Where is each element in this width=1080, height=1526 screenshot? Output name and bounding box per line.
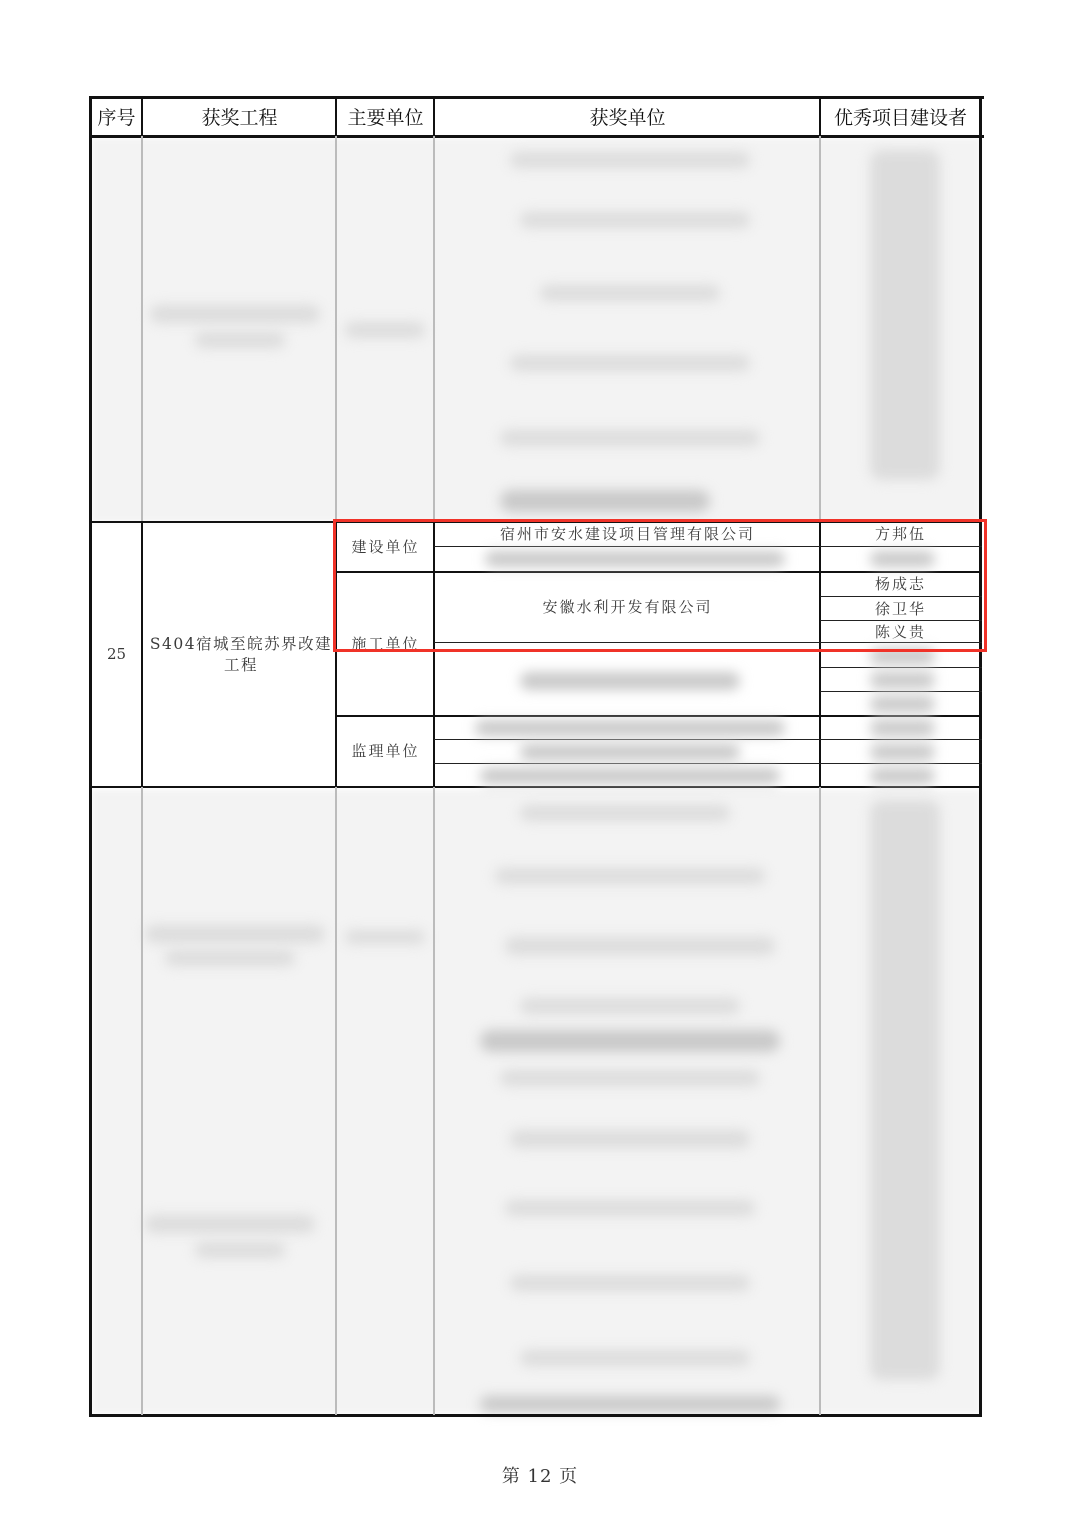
header-seq: 序号 (91, 97, 142, 136)
blurred-text (500, 430, 760, 446)
blurred-rows-above (92, 138, 980, 522)
blurred-text (480, 1396, 780, 1412)
col-sep-faint (141, 787, 143, 1415)
blurred-text (520, 212, 750, 228)
blurred-unit-name (520, 672, 740, 690)
blurred-text (500, 1070, 760, 1086)
blurred-text (145, 925, 325, 943)
blurred-unit-name (475, 720, 785, 736)
blurred-text (520, 805, 730, 821)
blurred-builder-name (870, 768, 935, 784)
blurred-text (195, 332, 285, 348)
highlight-box (333, 519, 987, 652)
header-award-unit: 获奖单位 (435, 97, 820, 136)
blurred-text (500, 490, 710, 512)
blurred-builder-name (870, 720, 935, 736)
subrow-sep (434, 739, 982, 740)
col-sep-faint (819, 136, 821, 521)
col-sep-faint (433, 136, 435, 521)
blurred-text (505, 1200, 755, 1216)
blurred-text (510, 1275, 750, 1291)
blurred-unit-name (480, 768, 780, 784)
blurred-text (345, 930, 425, 944)
page-number: 第 12 页 (0, 1462, 1080, 1488)
col-sep-faint (335, 787, 337, 1415)
blurred-text (150, 305, 320, 323)
blurred-text (505, 937, 775, 955)
builder-sep (820, 667, 982, 668)
header-unit-type: 主要单位 (337, 97, 434, 136)
table-bottom-border (90, 1414, 982, 1417)
blurred-text (345, 322, 425, 338)
blurred-text (540, 285, 720, 301)
blurred-builder-name (870, 744, 935, 760)
blurred-text (870, 800, 940, 1380)
header-project: 获奖工程 (143, 97, 336, 136)
blurred-builder-name (870, 696, 935, 712)
blurred-text (510, 355, 750, 371)
blurred-text (510, 152, 750, 168)
blurred-text (495, 868, 765, 884)
subrow-sep (434, 763, 982, 764)
blurred-text (165, 950, 295, 966)
header-builders: 优秀项目建设者 (821, 97, 980, 136)
blurred-text (195, 1242, 285, 1258)
blurred-text (510, 1130, 750, 1148)
col-sep-faint (141, 136, 143, 521)
blurred-text (520, 998, 740, 1014)
blurred-builder-name (870, 672, 935, 688)
blurred-text (870, 150, 940, 480)
col-sep-faint (335, 136, 337, 521)
table-right-border (979, 96, 982, 1417)
col-sep-faint (433, 787, 435, 1415)
col-sep-faint (819, 787, 821, 1415)
blurred-text (480, 1030, 780, 1052)
builder-sep (820, 691, 982, 692)
row-project-name: S404宿城至皖苏界改建工程 (145, 522, 337, 787)
row-seq: 25 (91, 522, 142, 787)
blurred-text (145, 1215, 315, 1233)
blurred-unit-name (520, 744, 740, 760)
unit-type-supervisor: 监理单位 (337, 716, 434, 787)
blurred-text (520, 1350, 750, 1366)
